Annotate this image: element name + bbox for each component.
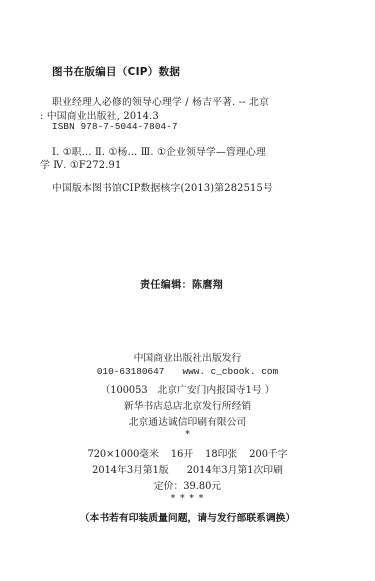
separator-star: * [0,430,375,440]
quality-notice: （本书若有印装质量问题，请与发行部联系调换） [0,510,375,524]
trim-size: 720×1000毫米 [87,449,158,460]
format: 16开 [171,449,193,460]
cip-classification-line: Ⅰ. ①职… Ⅱ. ①杨… Ⅲ. ①企业领导学—管理心理 [52,144,266,158]
contact-line: 010-63180647www. c_cbook. com [0,366,375,377]
separator-stars: * * * * [0,494,375,504]
cip-record-number: 中国版本图书馆CIP数据核字(2013)第282515号 [52,180,273,194]
printing: 2014年3月第1次印刷 [187,465,283,476]
phone: 010-63180647 [97,366,165,377]
cip-title-line: 职业经理人必修的领导心理学 / 杨吉平著. -- 北京 [52,94,269,108]
publisher-line: 中国商业出版社出版发行 [0,350,375,364]
cip-isbn: ISBN 978-7-5044-7804-7 [52,121,178,132]
editor-name: 陈麿翔 [192,280,223,291]
address-line: （100053 北京广安门内报国寺1号 ） [0,382,375,396]
word-count: 200千字 [249,449,287,460]
printer-line: 北京通达诚信印刷有限公司 [0,414,375,428]
specs-line: 720×1000毫米16开18印张200千字 [0,446,375,460]
distributor-line: 新华书店总店北京发行所经销 [0,398,375,412]
responsible-editor: 责任编辑：陈麿翔 [140,276,223,291]
editor-label: 责任编辑： [140,280,192,291]
cip-classification-line-2: 学 Ⅳ. ①F272.91 [40,157,121,171]
cip-publisher-line: : 中国商业出版社, 2014.3 [40,108,159,122]
edition: 2014年3月第1版 [92,465,169,476]
edition-line: 2014年3月第1版2014年3月第1次印刷 [0,462,375,476]
price: 定价：39.80元 [0,478,375,492]
sheets: 18印张 [205,449,237,460]
website: www. c_cbook. com [182,366,278,377]
cip-heading: 图书在版编目（CIP）数据 [52,64,180,79]
